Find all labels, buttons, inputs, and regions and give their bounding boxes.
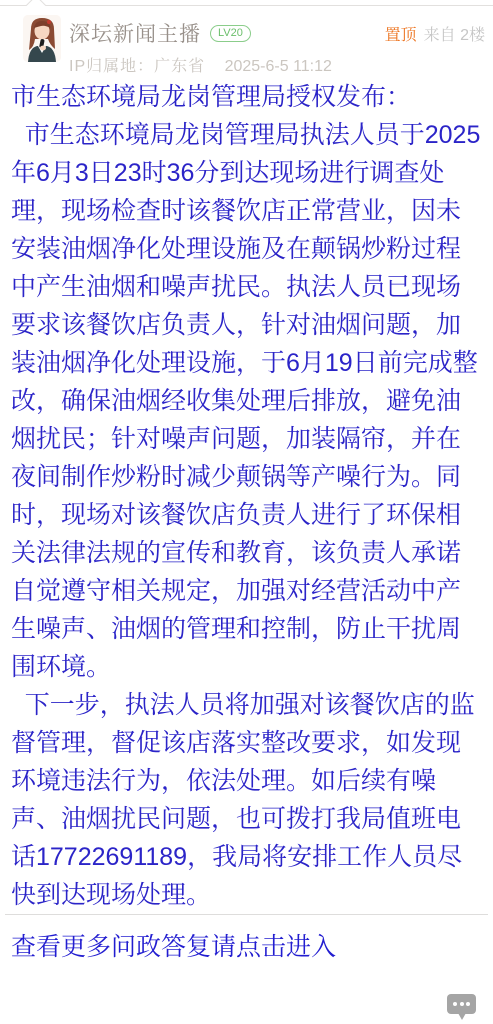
card-top-border: [0, 5, 493, 6]
author-info: 深坛新闻主播 LV20 置顶 来自 2楼 IP归属地：广东省 2025-6-5 …: [69, 18, 485, 76]
post-card: 深坛新闻主播 LV20 置顶 来自 2楼 IP归属地：广东省 2025-6-5 …: [0, 0, 493, 1024]
author-meta-row: IP归属地：广东省 2025-6-5 11:12: [69, 53, 485, 76]
post-header: 深坛新闻主播 LV20 置顶 来自 2楼 IP归属地：广东省 2025-6-5 …: [23, 15, 485, 65]
floor-label: 来自 2楼: [424, 22, 485, 45]
more-replies-link[interactable]: 查看更多问政答复请点击进入: [11, 927, 336, 963]
body-paragraph-3: 下一步，执法人员将加强对该餐饮店的监督管理，督促该店落实整改要求，如发现环境违法…: [11, 686, 485, 914]
post-body: 市生态环境局龙岗管理局授权发布： 市生态环境局龙岗管理局执法人员于2025年6月…: [11, 78, 485, 914]
ip-location-label: IP归属地：广东省: [69, 58, 205, 75]
pinned-badge: 置顶: [385, 22, 417, 45]
body-paragraph-2: 市生态环境局龙岗管理局执法人员于2025年6月3日23时36分到达现场进行调查处…: [11, 116, 485, 686]
author-name-row: 深坛新闻主播 LV20 置顶 来自 2楼: [69, 18, 485, 48]
author-username[interactable]: 深坛新闻主播: [69, 18, 201, 48]
post-timestamp: 2025-6-5 11:12: [225, 58, 332, 75]
footer-divider: [5, 914, 488, 915]
post-badges: 置顶 来自 2楼: [385, 22, 485, 45]
bubble-notch-icon: [26, 0, 46, 15]
chat-bubble-tail: [458, 1013, 466, 1020]
level-badge: LV20: [210, 25, 251, 42]
chat-bubble-body: [447, 994, 476, 1014]
avatar[interactable]: [23, 15, 61, 62]
chat-bubble-icon[interactable]: [447, 994, 476, 1021]
body-paragraph-1: 市生态环境局龙岗管理局授权发布：: [11, 78, 485, 116]
avatar-illustration: [23, 15, 61, 62]
